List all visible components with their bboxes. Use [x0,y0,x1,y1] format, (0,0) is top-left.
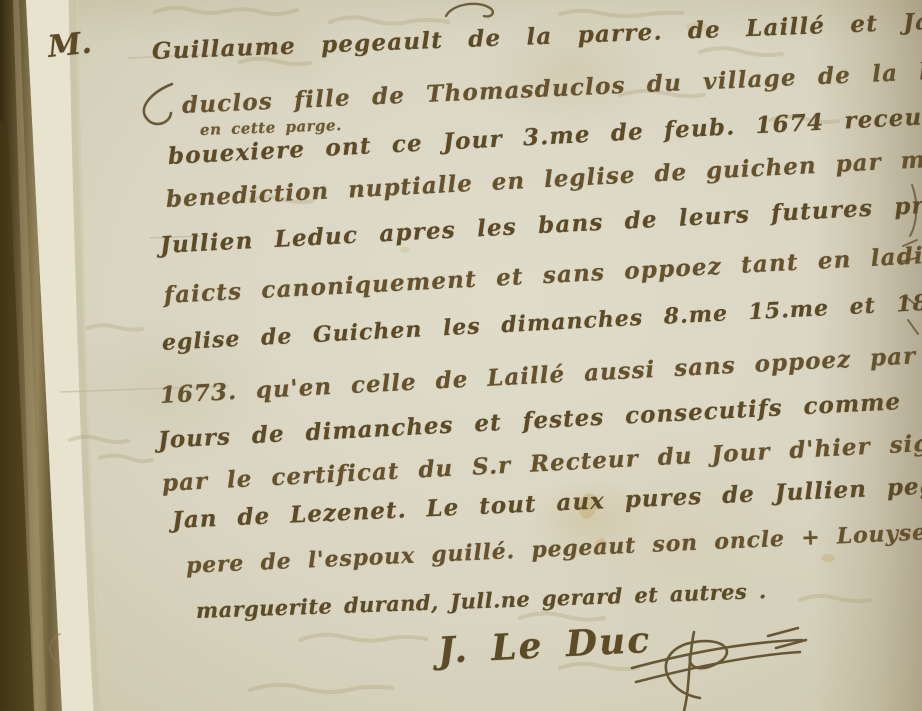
margin-mark: M. [46,26,93,65]
manuscript-page-photo: M. Guillaume pegeault de la parre. de La… [0,0,922,711]
